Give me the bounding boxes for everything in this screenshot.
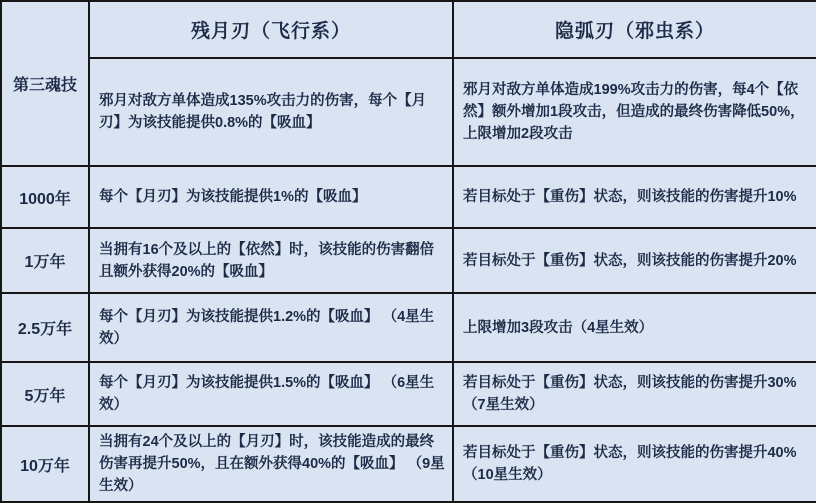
row-label-25k-years: 2.5万年 [1, 293, 89, 362]
cell-25k-canyueren: 每个【月刃】为该技能提供1.2%的【吸血】 （4星生效） [89, 293, 453, 362]
skill-desc-canyueren: 邪月对敌方单体造成135%攻击力的伤害，每个【月刃】为该技能提供0.8%的【吸血… [89, 58, 453, 166]
row-label-100k-years: 10万年 [1, 426, 89, 502]
row-label-50k-years: 5万年 [1, 362, 89, 426]
column-header-canyueren: 残月刃（飞行系） [89, 1, 453, 58]
row-label-10k-years: 1万年 [1, 228, 89, 293]
cell-10k-yinhuren: 若目标处于【重伤】状态，则该技能的伤害提升20% [453, 228, 816, 293]
cell-25k-yinhuren: 上限增加3段攻击（4星生效） [453, 293, 816, 362]
cell-1000y-yinhuren: 若目标处于【重伤】状态，则该技能的伤害提升10% [453, 166, 816, 228]
cell-100k-yinhuren: 若目标处于【重伤】状态，则该技能的伤害提升40% （10星生效） [453, 426, 816, 502]
header-row: 第三魂技 残月刃（飞行系） 隐弧刃（邪虫系） [1, 1, 816, 58]
cell-100k-canyueren: 当拥有24个及以上的【月刃】时，该技能造成的最终伤害再提升50%，且在额外获得4… [89, 426, 453, 502]
cell-10k-canyueren: 当拥有16个及以上的【依然】时，该技能的伤害翻倍且额外获得20%的【吸血】 [89, 228, 453, 293]
table-row-10k-years: 1万年 当拥有16个及以上的【依然】时，该技能的伤害翻倍且额外获得20%的【吸血… [1, 228, 816, 293]
row-label-1000-years: 1000年 [1, 166, 89, 228]
table-row-25k-years: 2.5万年 每个【月刃】为该技能提供1.2%的【吸血】 （4星生效） 上限增加3… [1, 293, 816, 362]
table-row-1000-years: 1000年 每个【月刃】为该技能提供1%的【吸血】 若目标处于【重伤】状态，则该… [1, 166, 816, 228]
table-row-50k-years: 5万年 每个【月刃】为该技能提供1.5%的【吸血】 （6星生效） 若目标处于【重… [1, 362, 816, 426]
skill-description-row: 邪月对敌方单体造成135%攻击力的伤害，每个【月刃】为该技能提供0.8%的【吸血… [1, 58, 816, 166]
cell-50k-canyueren: 每个【月刃】为该技能提供1.5%的【吸血】 （6星生效） [89, 362, 453, 426]
table-row-100k-years: 10万年 当拥有24个及以上的【月刃】时，该技能造成的最终伤害再提升50%，且在… [1, 426, 816, 502]
corner-label-third-soul-skill: 第三魂技 [1, 1, 89, 166]
skill-comparison-table: 第三魂技 残月刃（飞行系） 隐弧刃（邪虫系） 邪月对敌方单体造成135%攻击力的… [0, 0, 816, 503]
column-header-yinhuren: 隐弧刃（邪虫系） [453, 1, 816, 58]
cell-50k-yinhuren: 若目标处于【重伤】状态，则该技能的伤害提升30% （7星生效） [453, 362, 816, 426]
skill-desc-yinhuren: 邪月对敌方单体造成199%攻击力的伤害，每4个【依然】额外增加1段攻击，但造成的… [453, 58, 816, 166]
cell-1000y-canyueren: 每个【月刃】为该技能提供1%的【吸血】 [89, 166, 453, 228]
